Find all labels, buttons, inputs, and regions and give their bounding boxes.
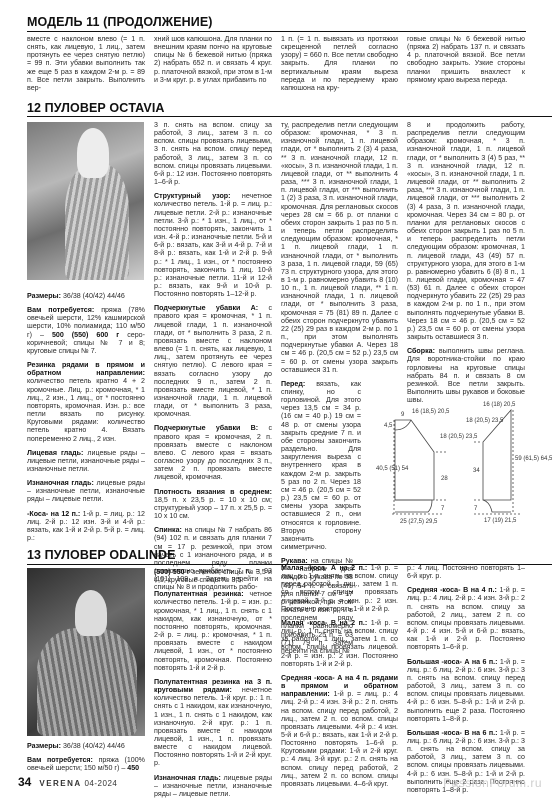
- model12-col2: 3 п. снять на вспом. спицу за работой, 3…: [154, 121, 272, 597]
- dim-rib-height: 7: [441, 506, 445, 512]
- model13-big-cable-a: Большая -коса- А на 6 п.: 1-й р. = лиц. …: [407, 658, 525, 723]
- model11-text-3: 1 п. (= 1 п. вывязать из протяжки скреще…: [281, 35, 398, 92]
- model12-gauge: Плотность вязания в среднем: 18,5 п. х 2…: [154, 488, 272, 521]
- model13-medium-cable-a: Средняя -коса- А на 4 п. рядами в прямом…: [281, 674, 398, 788]
- dim-body-width: 25 (27,5) 29,5: [400, 519, 438, 525]
- model13-materials-cont: (500) 550 г зеленой; спицы № 3,5 и 4,5; …: [154, 568, 272, 584]
- dim-armhole-to-rib: 28: [441, 476, 448, 482]
- model13-title: 13 ПУЛОВЕР ODALINDE: [27, 548, 176, 562]
- dim-sleeve-body: 34: [473, 468, 480, 474]
- model12-rule: [27, 116, 552, 117]
- page-footer: 34VERENA 04-2024: [18, 775, 117, 789]
- model13-sizes: Размеры: 36/38 (40/42) 44/46: [27, 742, 145, 750]
- dim-cuff-width: 17 (19) 21,5: [484, 518, 517, 524]
- watermark: PassionForum.ru: [443, 776, 542, 790]
- dim-sleeve-top-width: 16 (18) 20,5: [483, 402, 516, 408]
- model11-col2: хний шов капюшона. Для планки по внешним…: [154, 35, 272, 90]
- dim-sleeve-raglan: 18 (20,5) 23,5: [466, 418, 504, 424]
- dim-raglan-height: 18 (20,5) 23,5: [440, 434, 478, 440]
- model13-small-cable-a: Малая -коса- А на 2 п.: 1-й р. = лиц. р.…: [281, 564, 398, 613]
- model12-title: 12 ПУЛОВЕР OCTAVIA: [27, 101, 165, 115]
- model12-rib: Резинка рядами в прямом и обратном напра…: [27, 361, 145, 443]
- dim-shoulder-width: 16 (18,5) 20,5: [412, 409, 450, 415]
- magazine-name: VERENA: [39, 779, 81, 788]
- model11-text-2: хний шов капюшона. Для планки по внешним…: [154, 35, 272, 84]
- model13-materials: Вам потребуется: пряжа (100% овечьей шер…: [27, 756, 145, 772]
- model12-sleeves-cont: 8 и продолжить работу, распределив петли…: [407, 121, 525, 341]
- model12-decrease-a: Подчеркнутые убавки А: с правого края = …: [154, 304, 272, 418]
- model11-text-1: вместе с наклоном влево (= 1 п. снять, к…: [27, 35, 145, 92]
- model13-small-cable-b: Малая -коса- В на 2 п.: 1-й р. = лиц. р.…: [281, 619, 398, 668]
- model12-materials: Вам потребуется: пряжа (78% овечьей шерс…: [27, 306, 145, 355]
- model12-cable: -Коса- на 12 п.: 1-й р. = лиц. р.: 12 ли…: [27, 510, 145, 543]
- issue-number: 04-2024: [84, 779, 117, 788]
- model11-title: МОДЕЛЬ 11 (ПРОДОЛЖЕНИЕ): [27, 15, 213, 29]
- model11-col4: говые спицы № 6 бежевой нитью (пряжа 2) …: [407, 35, 525, 90]
- model13-photo: [27, 568, 145, 736]
- model13-col3: Малая -коса- А на 2 п.: 1-й р. = лиц. р.…: [281, 564, 398, 794]
- dim-sleeve-total: 59 (61,5) 64,5: [515, 456, 552, 462]
- model12-reverse-stockinette: Изнаночная гладь: лицевые ряды – изнаноч…: [27, 479, 145, 503]
- model12-col4: 8 и продолжить работу, распределив петли…: [407, 121, 525, 410]
- model13-col4: р.: 4 лиц. Постоянно повторять 1–6-й кру…: [407, 564, 525, 800]
- model13-medium-cable-a-cont: р.: 4 лиц. Постоянно повторять 1–6-й кру…: [407, 564, 525, 580]
- model13-col2: (500) 550 г зеленой; спицы № 3,5 и 4,5; …: [154, 568, 272, 800]
- model13-half-patent: Полупатентная резинка: четное количество…: [154, 590, 272, 672]
- model12-front: Перед: вязать, как спинку, но с горловин…: [281, 380, 361, 551]
- model11-text-4: говые спицы № 6 бежевой нитью (пряжа 2) …: [407, 35, 525, 84]
- model12-assembly: Сборка: выполнить швы реглана. Для ворот…: [407, 347, 525, 404]
- model13-col1: Размеры: 36/38 (40/42) 44/46 Вам потребу…: [27, 742, 145, 778]
- schematic-diagram: 9 16 (18,5) 20,5 4,5 18 (20,5) 23,5 40,5…: [370, 400, 552, 550]
- model12-photo: [27, 122, 144, 280]
- magazine-page: МОДЕЛЬ 11 (ПРОДОЛЖЕНИЕ) вместе с наклоно…: [0, 0, 552, 800]
- model12-decrease-b: Подчеркнутые убавки В: с правого края = …: [154, 424, 272, 481]
- model12-structure: Структурный узор: нечетное количество пе…: [154, 192, 272, 298]
- model12-stockinette: Лицевая гладь: лицевые ряды – лицевые пе…: [27, 449, 145, 473]
- model12-back-cont: ту, распределив петли следующим образом:…: [281, 121, 398, 374]
- model13-half-patent-3: Полупатентная резинка на 3 п. круговыми …: [154, 678, 272, 768]
- model12-col1: Размеры: 36/38 (40/42) 44/46 Вам потребу…: [27, 292, 145, 548]
- model13-medium-cable-b: Средняя -коса- В на 4 п.: 1-й р. = лиц. …: [407, 586, 525, 651]
- model11-rule: [27, 31, 526, 32]
- dim-side-height: 40,5 (51) 54: [376, 466, 409, 472]
- dim-neck-width: 9: [401, 412, 405, 418]
- model11-col1: вместе с наклоном влево (= 1 п. снять, к…: [27, 35, 145, 98]
- page-number: 34: [18, 775, 31, 789]
- sleeve-schematic: [474, 410, 520, 514]
- dim-sleeve-rib: 7: [474, 506, 478, 512]
- model13-reverse-stockinette: Изнаночная гладь: лицевые ряды – изнаноч…: [154, 774, 272, 798]
- model11-col3: 1 п. (= 1 п. вывязать из протяжки скреще…: [281, 35, 398, 98]
- dim-neck-drop: 4,5: [384, 423, 393, 429]
- model12-cable-cont: 3 п. снять на вспом. спицу за работой, 3…: [154, 121, 272, 186]
- model12-sizes: Размеры: 36/38 (40/42) 44/46: [27, 292, 145, 300]
